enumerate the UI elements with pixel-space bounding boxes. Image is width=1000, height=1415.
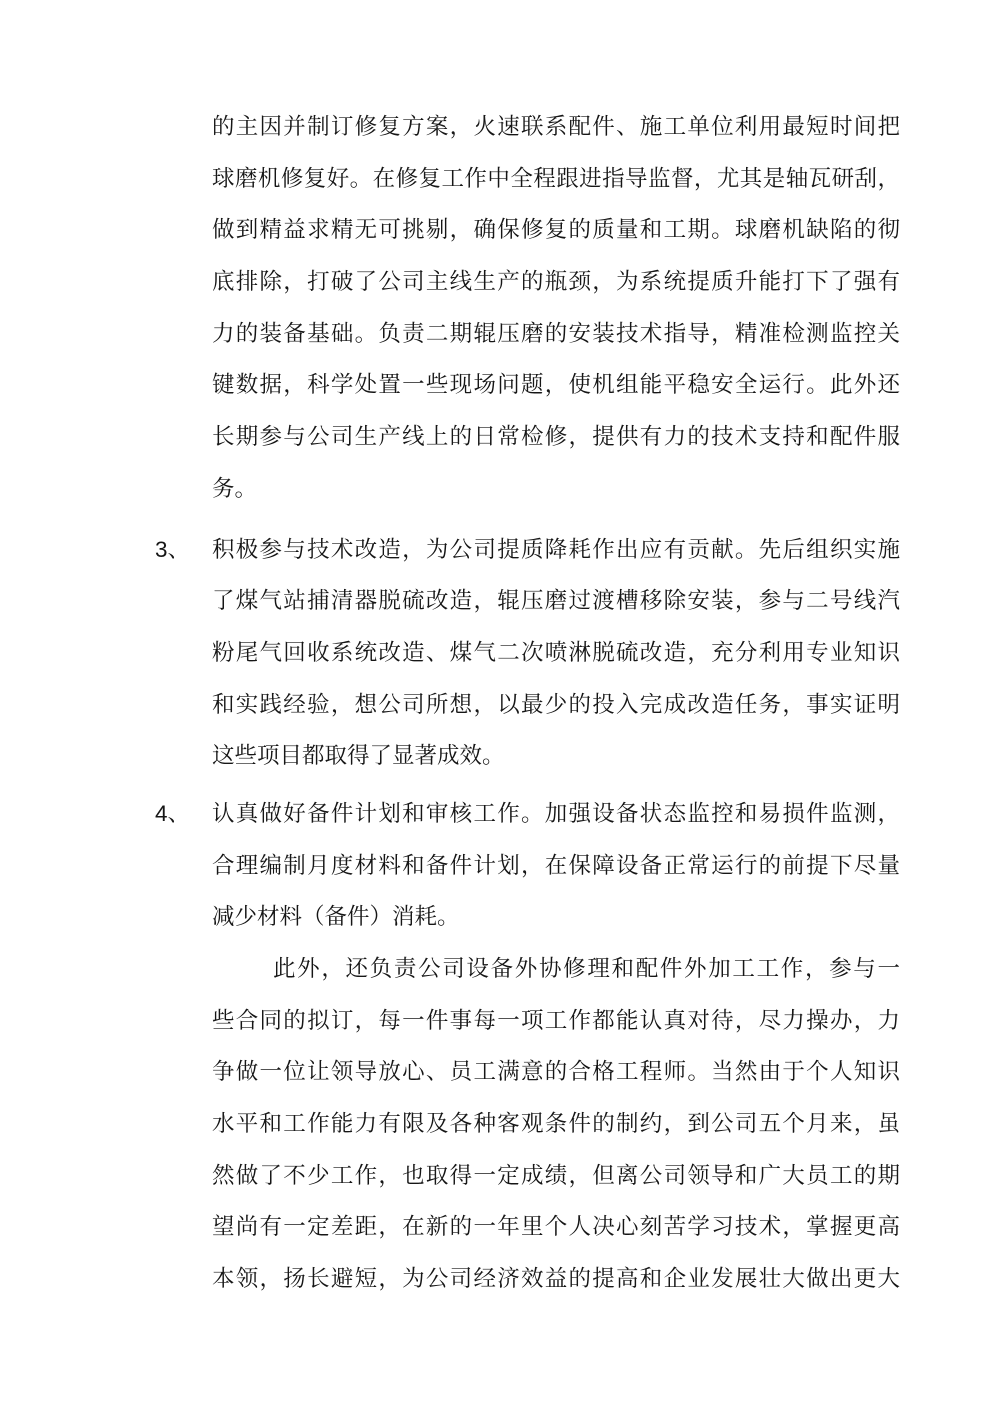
closing-paragraph: 此外，还负责公司设备外协修理和配件外加工工作，参与一些合同的拟订，每一件事每一项…	[212, 943, 900, 1305]
text-line: 此外，还负责公司设备外协修理和配件外加工工作，参与一	[212, 943, 900, 995]
text-line: 底排除，打破了公司主线生产的瓶颈，为系统提质升能打下了强有	[212, 256, 900, 308]
numbered-item: 积极参与技术改造，为公司提质降耗作出应有贡献。先后组织实施3、了煤气站捕清器脱硫…	[212, 524, 900, 782]
text-line: 粉尾气回收系统改造、煤气二次喷淋脱硫改造，充分利用专业知识	[212, 627, 900, 679]
document-body: 的主因并制订修复方案，火速联系配件、施工单位利用最短时间把球磨机修复好。在修复工…	[212, 101, 900, 1305]
text-line: 望尚有一定差距，在新的一年里个人决心刻苦学习技术，掌握更高	[212, 1201, 900, 1253]
text-line: 和实践经验，想公司所想，以最少的投入完成改造任务，事实证明	[212, 679, 900, 731]
body-continuation-paragraph: 的主因并制订修复方案，火速联系配件、施工单位利用最短时间把球磨机修复好。在修复工…	[212, 101, 900, 515]
text-line: 减少材料（备件）消耗。	[212, 891, 900, 943]
text-line: 做到精益求精无可挑剔，确保修复的质量和工期。球磨机缺陷的彻	[212, 204, 900, 256]
text-line: 的主因并制订修复方案，火速联系配件、施工单位利用最短时间把	[212, 101, 900, 153]
numbered-item: 认真做好备件计划和审核工作。加强设备状态监控和易损件监测，4、合理编制月度材料和…	[212, 788, 900, 943]
text-line: 务。	[212, 463, 900, 515]
text-line: 球磨机修复好。在修复工作中全程跟进指导监督，尤其是轴瓦研刮，	[212, 153, 900, 205]
text-line: 了煤气站捕清器脱硫改造，辊压磨过渡槽移除安装，参与二号线汽	[212, 575, 900, 627]
text-line: 力的装备基础。负责二期辊压磨的安装技术指导，精准检测监控关	[212, 308, 900, 360]
text-line: 积极参与技术改造，为公司提质降耗作出应有贡献。先后组织实施3、	[212, 524, 900, 576]
text-line: 键数据，科学处置一些现场问题，使机组能平稳安全运行。此外还	[212, 359, 900, 411]
text-line: 认真做好备件计划和审核工作。加强设备状态监控和易损件监测，4、	[212, 788, 900, 840]
text-line: 长期参与公司生产线上的日常检修，提供有力的技术支持和配件服	[212, 411, 900, 463]
text-line: 些合同的拟订，每一件事每一项工作都能认真对待，尽力操办，力	[212, 995, 900, 1047]
text-line: 本领，扬长避短，为公司经济效益的提高和企业发展壮大做出更大	[212, 1253, 900, 1305]
text-line: 然做了不少工作，也取得一定成绩，但离公司领导和广大员工的期	[212, 1150, 900, 1202]
list-item-number: 3、	[155, 524, 212, 576]
text-line: 合理编制月度材料和备件计划，在保障设备正常运行的前提下尽量	[212, 840, 900, 892]
text-line: 争做一位让领导放心、员工满意的合格工程师。当然由于个人知识	[212, 1046, 900, 1098]
text-line: 水平和工作能力有限及各种客观条件的制约，到公司五个月来，虽	[212, 1098, 900, 1150]
list-item-number: 4、	[155, 788, 212, 840]
document-page: 的主因并制订修复方案，火速联系配件、施工单位利用最短时间把球磨机修复好。在修复工…	[0, 0, 1000, 1415]
text-line: 这些项目都取得了显著成效。	[212, 730, 900, 782]
